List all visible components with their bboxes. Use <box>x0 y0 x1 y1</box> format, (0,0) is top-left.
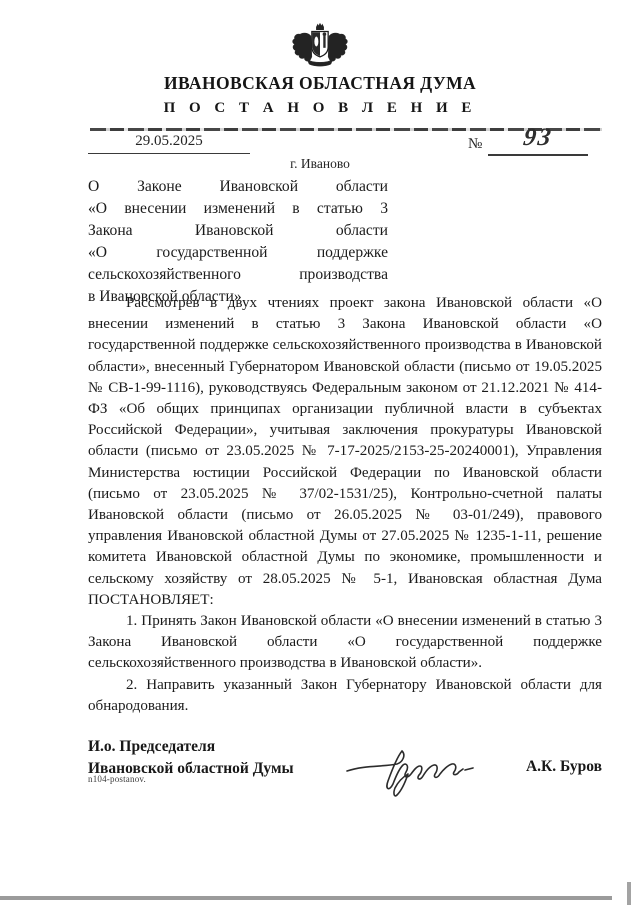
body-item-2: 2. Направить указанный Закон Губернатору… <box>88 675 602 717</box>
body-paragraph: Рассмотрев в двух чтениях проект закона … <box>88 293 602 611</box>
coat-of-arms-icon <box>291 23 349 74</box>
scan-edge-right <box>627 882 631 905</box>
doc-type-title: П О С Т А Н О В Л Е Н И Е <box>0 100 640 117</box>
file-note: n104-postanov. <box>88 774 146 784</box>
subject-line: О Законе Ивановской области <box>88 176 388 198</box>
handwritten-signature-icon <box>345 737 475 802</box>
subject-line: Закона Ивановской области <box>88 220 388 242</box>
scan-edge-bottom <box>0 896 612 900</box>
org-name-title: ИВАНОВСКАЯ ОБЛАСТНАЯ ДУМА <box>0 73 640 94</box>
doc-place: г. Иваново <box>0 156 640 172</box>
body-item-1: 1. Принять Закон Ивановской области «О в… <box>88 611 602 675</box>
subject-line: сельскохозяйственного производства <box>88 264 388 286</box>
doc-subject: О Законе Ивановской области «О внесении … <box>88 176 388 307</box>
doc-body: Рассмотрев в двух чтениях проект закона … <box>88 293 602 717</box>
number-sign: № <box>468 136 482 153</box>
subject-line: «О внесении изменений в статью 3 <box>88 198 388 220</box>
signer-name: А.К. Буров <box>526 758 602 776</box>
doc-date: 29.05.2025 <box>88 133 250 154</box>
doc-number-handwritten: 93 <box>490 124 586 152</box>
subject-line: «О государственной поддержке <box>88 242 388 264</box>
document-page: ИВАНОВСКАЯ ОБЛАСТНАЯ ДУМА П О С Т А Н О … <box>0 0 640 905</box>
